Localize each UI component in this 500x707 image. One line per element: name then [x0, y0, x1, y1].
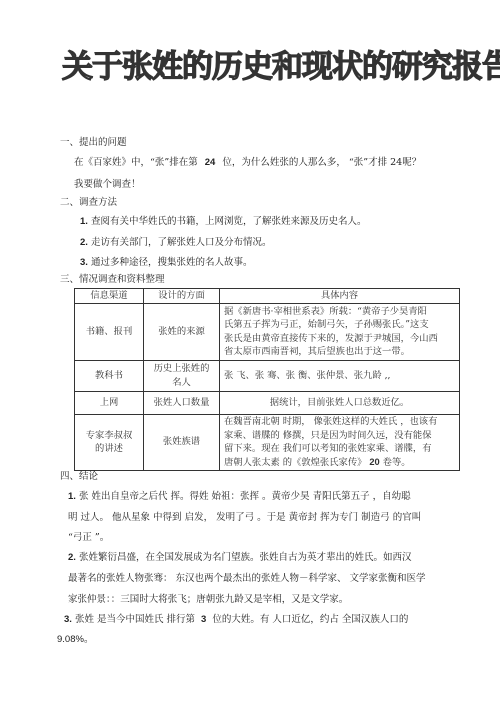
cell-aspect: 张姓人口数量: [144, 391, 220, 414]
section-heading-conclusion: 四、结论: [60, 470, 98, 483]
aspect-line: 历史上张姓的: [147, 362, 216, 376]
table-header-content: 具体内容: [220, 289, 460, 304]
conclusion-text: 张姓 是当今中国姓氏 排行第: [75, 614, 195, 625]
conclusion-text: 位的大姓。有 人口近亿，约占 全国汉族人口的: [212, 614, 408, 625]
table-row: 专家李叔叔 的讲述 张姓族谱 在魏晋南北朝 时期， 像张姓这样的大姓氏 ，也该有…: [75, 414, 460, 470]
table-header-row: 信息渠道 设计的方面 具体内容: [75, 289, 460, 304]
conclusion-line: 家张仲景：：三国时大将张飞；唐朝张九龄又是宰相，又是文学家。: [68, 593, 348, 606]
aspect-line: 名人: [147, 376, 216, 390]
cell-content: 在魏晋南北朝 时期， 像张姓这样的大姓氏 ，也该有 家乘、谱牒的 修撰，只是因为…: [220, 414, 460, 470]
cell-content: 据统计，目前张姓人口总数近亿。: [220, 391, 460, 414]
method-text: 通过多种途径，搜集张姓的名人故事。: [91, 257, 253, 268]
content-line: 氏第五子挥为弓正，始制弓矢，子孙赐张氏。”这支: [224, 318, 456, 332]
conclusion-number: 3.: [64, 614, 72, 625]
content-line: 省太原市西南晋祠，其后望族也出于这一带。: [224, 345, 456, 359]
document-title: 关于张姓的历史和现状的研究报告: [62, 42, 462, 92]
conclusion-line: 最著名的张姓人物张骞： 东汉也两个最杰出的张姓人物－科学家、 文学家张衡和医学: [68, 572, 426, 585]
channel-line: 的讲述: [78, 442, 140, 456]
rank-number: 24: [205, 157, 216, 168]
conclusion-number: 2.: [68, 552, 76, 563]
section-heading-methods: 二、调查方法: [60, 196, 117, 209]
table-row: 上网 张姓人口数量 据统计，目前张姓人口总数近亿。: [75, 391, 460, 414]
conclusion-item: 1. 张 姓出自皇帝之后代 挥。得姓 始祖：张挥 。黄帝少昊 青阳氏第五子 ，自…: [68, 490, 411, 503]
content-text: 唐朝人张太素 的《敦煌张氏家传》: [224, 457, 369, 468]
question-text-a: 在《百家姓》中，“张”排在第: [74, 157, 198, 168]
method-item: 1. 查阅有关中华姓氏的书籍，上网浏览，了解张姓来源及历史名人。: [80, 215, 366, 228]
content-text: 卷等。: [380, 457, 411, 468]
content-line: 据《新唐书·宰相世系表》所载：“黄帝子少昊青阳: [224, 305, 456, 319]
conclusion-item: 2. 张姓繁衍昌盛，在全国发展成为名门望族。张姓自古为英才辈出的姓氏。如西汉: [68, 551, 411, 564]
question-text-b: 位，为什么姓张的人那么多， “张”才排 24呢？: [222, 157, 421, 168]
conclusion-item: 3. 张姓 是当今中国姓氏 排行第 3 位的大姓。有 人口近亿，约占 全国汉族人…: [64, 613, 408, 626]
conclusion-line: “弓正 ”。: [68, 531, 109, 544]
investigate-statement: 我要做个调查！: [74, 178, 141, 191]
conclusion-line: 明 过人。 他从星象 中得到 启发， 发明了弓 。于是 黄帝封 挥为专门 制造弓…: [68, 511, 421, 524]
conclusion-text: 张 姓出自皇帝之后代 挥。得姓 始祖：张挥 。黄帝少昊 青阳氏第五子 ，自幼聪: [79, 491, 411, 502]
conclusion-text: 张姓繁衍昌盛，在全国发展成为名门望族。张姓自古为英才辈出的姓氏。如西汉: [79, 552, 412, 563]
method-item: 2. 走访有关部门，了解张姓人口及分布情况。: [80, 236, 271, 249]
table-header-aspect: 设计的方面: [144, 289, 220, 304]
cell-content: 张 飞、张 骞、张 衡、张仲景、张九龄 ,,: [220, 360, 460, 391]
cell-content: 据《新唐书·宰相世系表》所载：“黄帝子少昊青阳 氏第五子挥为弓正，始制弓矢，子孙…: [220, 303, 460, 360]
method-number: 3.: [80, 257, 88, 268]
conclusion-number: 1.: [68, 491, 76, 502]
cell-aspect: 张姓的来源: [144, 303, 220, 360]
surname-rank: 3: [201, 614, 206, 625]
cell-channel: 专家李叔叔 的讲述: [75, 414, 144, 470]
table-row: 书籍、报刊 张姓的来源 据《新唐书·宰相世系表》所载：“黄帝子少昊青阳 氏第五子…: [75, 303, 460, 360]
cell-aspect: 历史上张姓的 名人: [144, 360, 220, 391]
section-heading-questions: 一、提出的问题: [60, 136, 127, 149]
table-header-channel: 信息渠道: [75, 289, 144, 304]
table-row: 教科书 历史上张姓的 名人 张 飞、张 骞、张 衡、张仲景、张九龄 ,,: [75, 360, 460, 391]
channel-line: 专家李叔叔: [78, 429, 140, 443]
content-line: 唐朝人张太素 的《敦煌张氏家传》 20 卷等。: [224, 456, 456, 470]
method-item: 3. 通过多种途径，搜集张姓的名人故事。: [80, 256, 252, 269]
section-heading-survey: 三、情况调查和资料整理: [60, 273, 165, 286]
population-percent: 9.08%: [57, 634, 84, 645]
cell-aspect: 张姓族谱: [144, 414, 220, 470]
conclusion-line: 9.08%。: [57, 633, 93, 646]
cell-channel: 上网: [75, 391, 144, 414]
method-number: 1.: [80, 216, 88, 227]
cell-channel: 教科书: [75, 360, 144, 391]
conclusion-text: 。: [84, 634, 94, 645]
question-paragraph: 在《百家姓》中，“张”排在第 24 位，为什么姓张的人那么多， “张”才排 24…: [74, 156, 421, 169]
method-text: 查阅有关中华姓氏的书籍，上网浏览，了解张姓来源及历史名人。: [91, 216, 367, 227]
content-line: 留下来。现在 我们可以考知的张姓家乘、谱牒，有: [224, 442, 456, 456]
volume-count: 20: [369, 457, 379, 467]
survey-table: 信息渠道 设计的方面 具体内容 书籍、报刊 张姓的来源 据《新唐书·宰相世系表》…: [74, 288, 460, 471]
content-line: 在魏晋南北朝 时期， 像张姓这样的大姓氏 ，也该有: [224, 415, 456, 429]
cell-channel: 书籍、报刊: [75, 303, 144, 360]
content-line: 张氏是由黄帝直接传下来的，发源于尹城国，今山西: [224, 332, 456, 346]
method-number: 2.: [80, 237, 88, 248]
content-line: 家乘、谱牒的 修撰，只是因为时间久远，没有能保: [224, 429, 456, 443]
method-text: 走访有关部门，了解张姓人口及分布情况。: [91, 237, 272, 248]
